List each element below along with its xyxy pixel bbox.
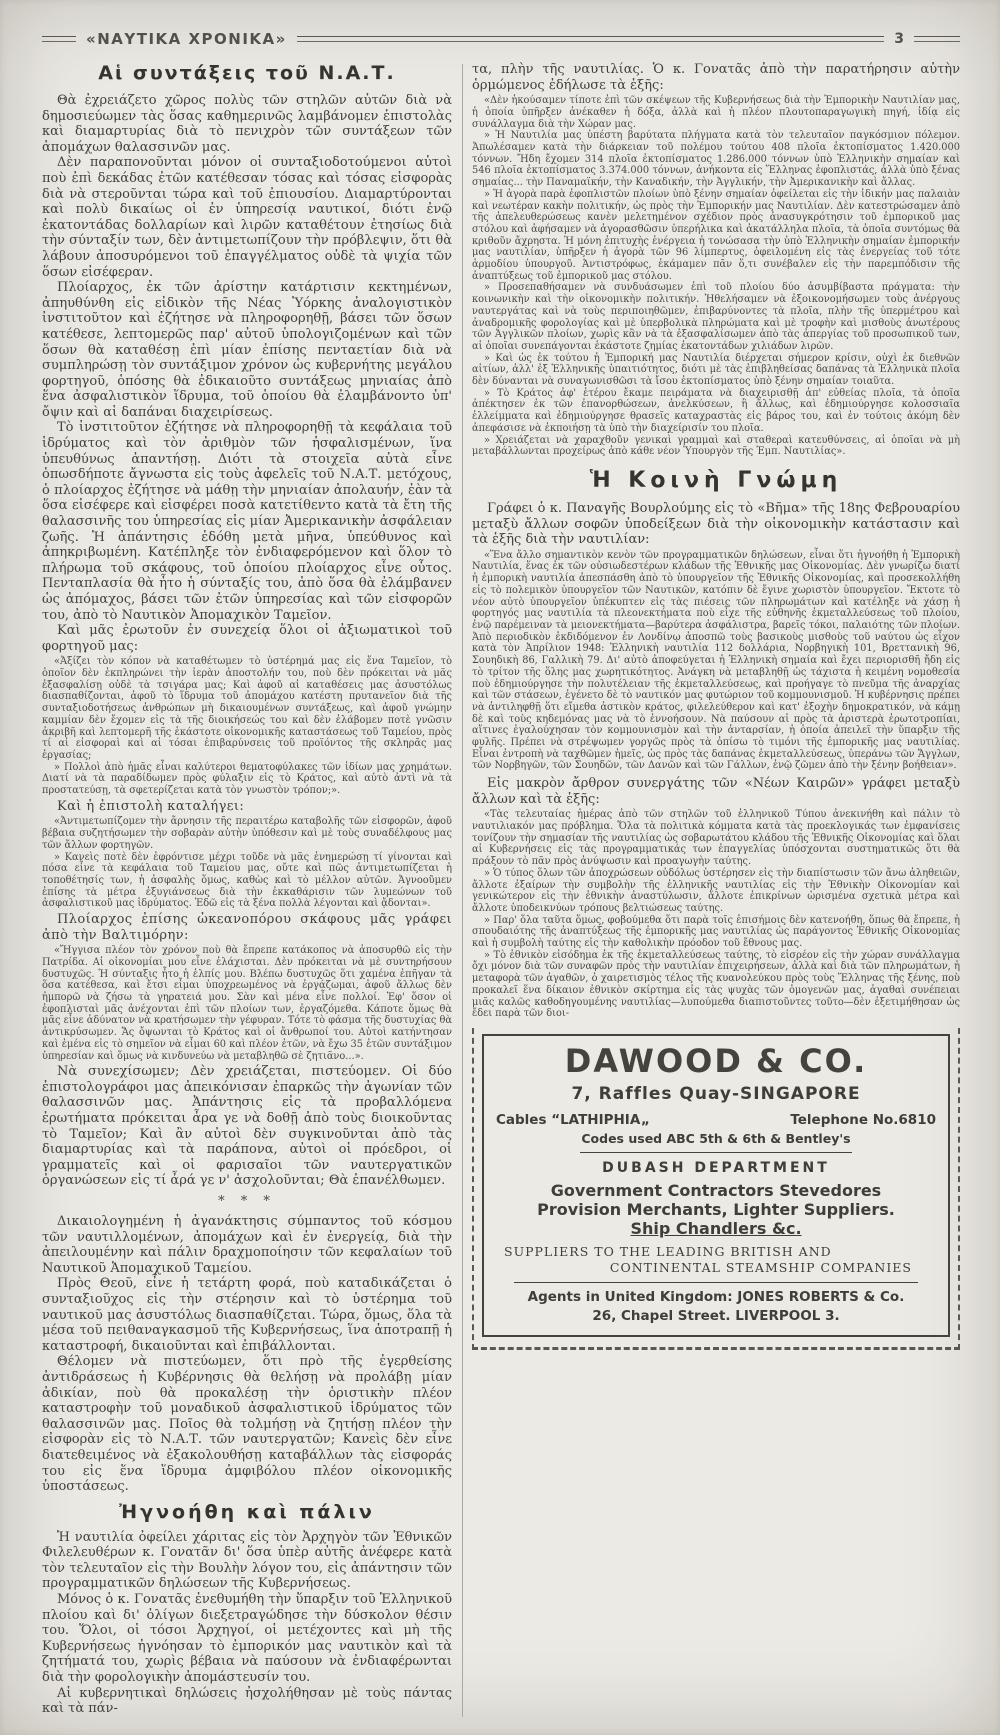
paragraph: Μόνος ὁ κ. Γονατᾶς ἐνεθυμήθη τὴν ὕπαρξιν… (42, 1592, 452, 1686)
letter-quote-block: «Ἀντιμετωπίζομεν τὴν ἄρνησιν τῆς περαιτέ… (42, 816, 452, 910)
masthead-rule-right (914, 36, 960, 42)
quote-paragraph: «Ἤγγισα πλέον τὸν χρόνον ποὺ θὰ ἔπρεπε κ… (42, 945, 452, 1062)
ad-telephone: Telephone No.6810 (790, 1112, 936, 1128)
quote-paragraph: » Καὶ ὡς ἐκ τούτου ἡ Ἐμπορική μας Ναυτιλ… (472, 353, 960, 388)
quote-paragraph: «Τὰς τελευταίας ἡμέρας ἀπὸ τῶν στηλῶν το… (472, 809, 960, 868)
quote-paragraph: » Τὸ ἐθνικὸν εἰσόδημα ἐκ τῆς ἐκμεταλλεύσ… (472, 950, 960, 1020)
ad-agents-line: 26, Chapel Street. LIVERPOOL 3. (496, 1308, 936, 1325)
quote-paragraph: » Προσεπαθήσαμεν νὰ συνδυάσωμεν ἐπὶ τοῦ … (472, 282, 960, 352)
ad-service-line: Ship Chandlers &c. (496, 1219, 936, 1238)
scanned-newspaper-page: «ΝΑΥΤΙΚΑ ΧΡΟΝΙΚΑ» 3 Αἱ συντάξεις τοῦ Ν.Α… (0, 0, 1000, 1735)
paragraph: Ἡ ναυτιλία ὀφείλει χάριτας εἰς τὸν Ἀρχηγ… (42, 1530, 452, 1592)
continuation-paragraph: τα, πλὴν τῆς ναυτιλίας. Ὁ κ. Γονατᾶς ἀπὸ… (472, 62, 960, 93)
ad-suppliers-line: CONTINENTAL STEAMSHIP COMPANIES (496, 1260, 936, 1275)
quote-paragraph: » Ὁ τύπος ὅλων τῶν ἀποχρώσεων οὐδόλως ὑσ… (472, 868, 960, 915)
article-title-ignored-again: Ἠγνοήθη καὶ πάλιν (42, 1501, 452, 1523)
section-separator-stars: * * * (42, 1194, 452, 1209)
lead-paragraph: Εἰς μακρὸν ἄρθρον συνεργάτης τῶν «Νέων Κ… (472, 776, 960, 807)
quote-paragraph: «Δὲν ἠκούσαμεν τίποτε ἐπὶ τῶν σκέψεων τῆ… (472, 95, 960, 130)
gonatas-quote-block: «Δὲν ἠκούσαμεν τίποτε ἐπὶ τῶν σκέψεων τῆ… (472, 95, 960, 458)
quote-paragraph: «Ἀντιμετωπίζομεν τὴν ἄρνησιν τῆς περαιτέ… (42, 816, 452, 851)
letter-quote-block: «Ἀξίζει τὸν κόπον νὰ καταθέτωμεν τὸ ὑστέ… (42, 656, 452, 796)
paragraph: Πλοίαρχος, ἐκ τῶν ἀρίστην κατάρτισιν κεκ… (42, 280, 452, 420)
paragraph: Δὲν παραπονοῦνται μόνον οἱ συνταξιοδοτού… (42, 155, 452, 280)
quote-paragraph: «Ἀξίζει τὸν κόπον νὰ καταθέτωμεν τὸ ὑστέ… (42, 656, 452, 761)
ad-address: 7, Raffles Quay-SINGAPORE (496, 1084, 936, 1104)
quote-paragraph: «Ἕνα ἄλλο σημαντικὸν κενὸν τῶν προγραμμα… (472, 550, 960, 772)
advertisement-inner-box: DAWOOD & CO. 7, Raffles Quay-SINGAPORE C… (482, 1034, 950, 1337)
ad-agents-line: Agents in United Kingdom: JONES ROBERTS … (496, 1289, 936, 1306)
page-number: 3 (894, 31, 904, 47)
ad-cables: Cables “LATHIPHIA„ (496, 1112, 650, 1128)
right-column: τα, πλὴν τῆς ναυτιλίας. Ὁ κ. Γονατᾶς ἀπὸ… (472, 62, 960, 1717)
article-title-nat-pensions: Αἱ συντάξεις τοῦ Ν.Α.Τ. (42, 62, 452, 84)
masthead-rule-left (42, 36, 76, 42)
lead-line: Καὶ ἡ ἐπιστολὴ καταλήγει: (42, 799, 452, 815)
ad-divider (514, 1282, 919, 1283)
article-body: Ἡ ναυτιλία ὀφείλει χάριτας εἰς τὸν Ἀρχηγ… (42, 1530, 452, 1717)
ad-divider (580, 1152, 853, 1153)
lead-paragraph: Γράφει ὁ κ. Παναγῆς Βουρλούμης εἰς τὸ «Β… (472, 501, 960, 548)
ad-department: DUBASH DEPARTMENT (496, 1160, 936, 1176)
ad-company-name: DAWOOD & CO. (496, 1042, 936, 1080)
quote-paragraph: » Παρ' ὅλα ταῦτα ὅμως, φοβούμεθα ὅτι παρ… (472, 915, 960, 950)
lead-line: Πλοίαρχος ἐπίσης ὠκεανοπόρου σκάφους μᾶς… (42, 912, 452, 943)
neoi-kairoi-quote-block: «Τὰς τελευταίας ἡμέρας ἀπὸ τῶν στηλῶν το… (472, 809, 960, 1020)
letter-quote-block: «Ἤγγισα πλέον τὸν χρόνον ποὺ θὰ ἔπρεπε κ… (42, 945, 452, 1062)
left-column: Αἱ συντάξεις τοῦ Ν.Α.Τ. Θὰ ἐχρειάζετο χῶ… (42, 62, 452, 1717)
ad-suppliers-line: SUPPLIERS TO THE LEADING BRITISH AND (496, 1244, 936, 1259)
publication-title: «ΝΑΥΤΙΚΑ ΧΡΟΝΙΚΑ» (86, 30, 287, 48)
paragraph: Πρὸς Θεοῦ, εἶνε ἡ τετάρτη φορά, ποὺ κατα… (42, 1276, 452, 1354)
paragraph: Καὶ μᾶς ἐρωτοῦν ἐν συνεχείᾳ ὅλοι οἱ ἀξιω… (42, 623, 452, 654)
quote-paragraph: » Ἡ ἀγορὰ παρὰ ἐφοπλιστῶν πλοίων ὑπὸ ξέν… (472, 189, 960, 283)
paragraph: Θὰ ἐχρειάζετο χῶρος πολὺς τῶν στηλῶν αὐτ… (42, 93, 452, 155)
vourloumis-quote-block: «Ἕνα ἄλλο σημαντικὸν κενὸν τῶν προγραμμα… (472, 550, 960, 772)
quote-paragraph: » Τὸ Κράτος ἀφ' ἑτέρου ἔκαμε πειράματα ν… (472, 388, 960, 435)
masthead: «ΝΑΥΤΙΚΑ ΧΡΟΝΙΚΑ» 3 (42, 30, 960, 48)
paragraph: Αἱ κυβερνητικαὶ δηλώσεις ἠσχολήθησαν μὲ … (42, 1686, 452, 1717)
ad-codes: Codes used ABC 5th & 6th & Bentley's (496, 1131, 936, 1146)
masthead-rule-center (297, 36, 884, 42)
quote-paragraph: » Χρειάζεται νὰ χαραχθοῦν γενικαὶ γραμμα… (472, 435, 960, 458)
advertisement-dawood: DAWOOD & CO. 7, Raffles Quay-SINGAPORE C… (472, 1028, 960, 1350)
section-title-public-opinion: Ἡ Κοινὴ Γνώμη (472, 468, 960, 493)
paragraph: Νὰ συνεχίσωμεν; Δὲν χρειάζεται, πιστεύομ… (42, 1064, 452, 1189)
ad-service-line: Provision Merchants, Lighter Suppliers. (496, 1200, 936, 1219)
quote-paragraph: » Πολλοὶ ἀπὸ ἡμᾶς εἶναι καλύτεροι θεματο… (42, 762, 452, 797)
article-body: Θὰ ἐχρειάζετο χῶρος πολὺς τῶν στηλῶν αὐτ… (42, 93, 452, 654)
quote-paragraph: » Ἡ Ναυτιλία μας ὑπέστη βαρύτατα πλήγματ… (472, 130, 960, 189)
paragraph: Θέλομεν νὰ πιστεύωμεν, ὅτι πρὸ τῆς ἐγερθ… (42, 1354, 452, 1494)
paragraph: Δικαιολογημένη ἡ ἀγανάκτησις σύμπαντος τ… (42, 1214, 452, 1276)
ad-service-line: Government Contractors Stevedores (496, 1181, 936, 1200)
column-divider (462, 64, 463, 1717)
quote-paragraph: » Κανεὶς ποτὲ δὲν ἐφρόντισε μέχρι τοῦδε … (42, 852, 452, 911)
paragraph: Τὸ ἰνστιτοῦτον ἐζήτησε νὰ πληροφορηθῇ τὰ… (42, 420, 452, 623)
